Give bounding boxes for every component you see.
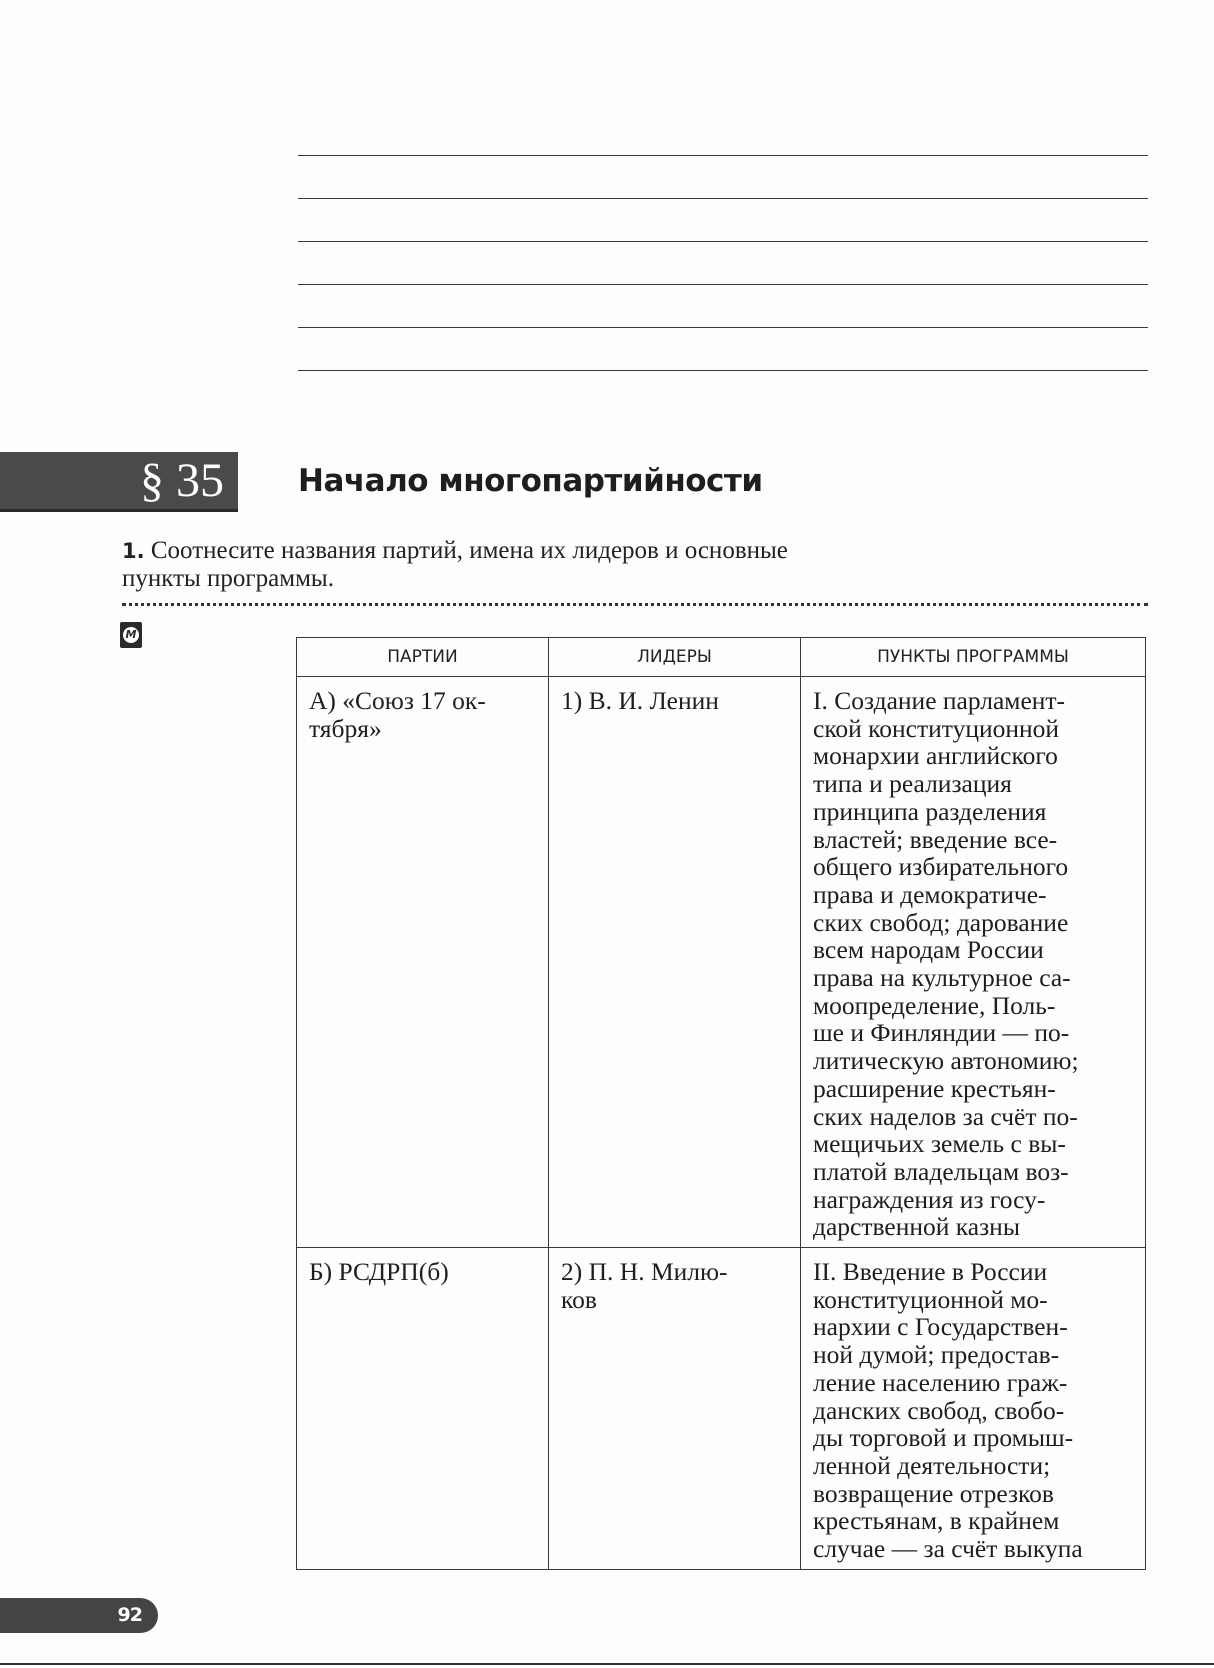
party-cell: А) «Союз 17 ок- тября» — [297, 677, 549, 1248]
m-marker-glyph: M — [123, 627, 139, 643]
section-number: § 35 — [140, 454, 224, 508]
task-prompt: 1. Соотнесите названия партий, имена их … — [122, 537, 1022, 593]
table-header-row: ПАРТИИ ЛИДЕРЫ ПУНКТЫ ПРОГРАММЫ — [297, 638, 1146, 677]
program-text: II. Введение в России конституционной мо… — [813, 1258, 1135, 1563]
program-cell: II. Введение в России конституционной мо… — [801, 1248, 1146, 1570]
answer-line[interactable] — [298, 198, 1148, 199]
task-text-line1: Соотнесите названия партий, имена их лид… — [145, 537, 788, 564]
page-number: 92 — [118, 1598, 142, 1633]
program-text: I. Создание парламент- ской конституцион… — [813, 687, 1135, 1241]
party-name: А) «Союз 17 ок- тября» — [309, 687, 538, 742]
leader-name: 1) В. И. Ленин — [561, 687, 790, 715]
bottom-rule — [0, 1663, 1214, 1665]
section-number-band: § 35 — [0, 452, 238, 512]
program-cell: I. Создание парламент- ской конституцион… — [801, 677, 1146, 1248]
header-parties: ПАРТИИ — [297, 638, 549, 677]
m-marker-icon: M — [120, 622, 142, 648]
party-cell: Б) РСДРП(б) — [297, 1248, 549, 1570]
header-program-points: ПУНКТЫ ПРОГРАММЫ — [801, 638, 1146, 677]
task-number: 1. — [122, 539, 145, 563]
section-title: Начало многопартийности — [298, 459, 763, 503]
answer-line[interactable] — [298, 241, 1148, 242]
party-name: Б) РСДРП(б) — [309, 1258, 538, 1286]
page-number-badge: 92 — [0, 1598, 158, 1633]
answer-line[interactable] — [298, 284, 1148, 285]
answer-line[interactable] — [298, 327, 1148, 328]
leader-name: 2) П. Н. Милю- ков — [561, 1258, 790, 1313]
answer-line[interactable] — [298, 155, 1148, 156]
dotted-divider — [122, 603, 1148, 606]
header-leaders: ЛИДЕРЫ — [549, 638, 801, 677]
table-row: А) «Союз 17 ок- тября» 1) В. И. Ленин I.… — [297, 677, 1146, 1248]
matching-table: ПАРТИИ ЛИДЕРЫ ПУНКТЫ ПРОГРАММЫ А) «Союз … — [296, 637, 1146, 1570]
answer-line[interactable] — [298, 370, 1148, 371]
leader-cell: 2) П. Н. Милю- ков — [549, 1248, 801, 1570]
task-text-line2: пункты программы. — [122, 565, 1022, 593]
leader-cell: 1) В. И. Ленин — [549, 677, 801, 1248]
table-row: Б) РСДРП(б) 2) П. Н. Милю- ков II. Введе… — [297, 1248, 1146, 1570]
